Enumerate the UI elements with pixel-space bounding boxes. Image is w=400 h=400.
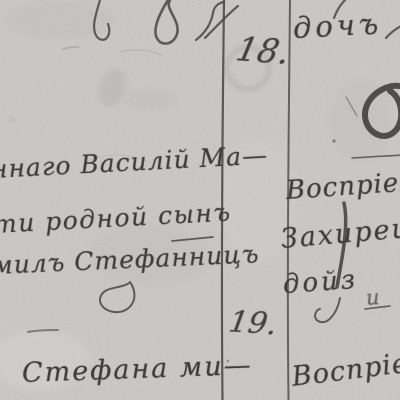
handwriting-left-line2-underlined-word: сынъ [157,198,232,231]
record-number-18: 18. [234,32,293,68]
handwriting-right-top-word: дочъ [292,9,383,43]
handwriting-left-line4: Стефана ми— [22,352,254,387]
scanned-record-page: анной Стефановой ннаго Василій Ма— ти ро… [0,0,400,400]
handwriting-right-underlined-letter: и [365,287,380,309]
handwriting-right-line1: Воспріем [285,169,400,204]
record-number-19: 19. [227,308,279,340]
handwriting-right-line3: дойз [282,267,359,298]
ink-dot [332,139,335,142]
